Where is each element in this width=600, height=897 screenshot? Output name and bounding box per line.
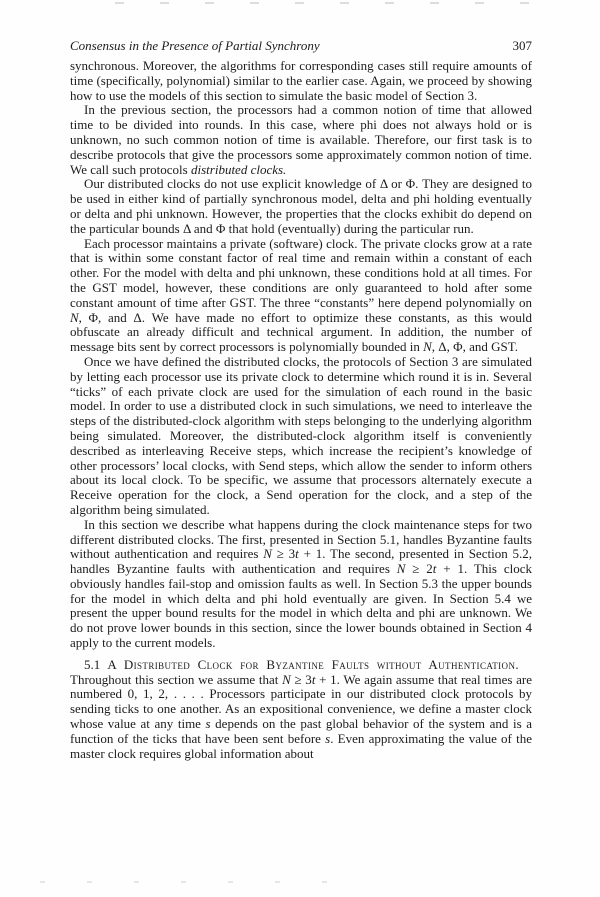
text-segment: Our distributed clocks do not use explic… bbox=[70, 176, 532, 235]
text-segment: In the previous section, the processors … bbox=[70, 102, 532, 176]
body-text: synchronous. Moreover, the algorithms fo… bbox=[70, 59, 532, 761]
text-segment: ≥ 2 bbox=[405, 561, 432, 576]
paragraph-5: Once we have defined the distributed clo… bbox=[70, 355, 532, 518]
scan-artifact-top bbox=[115, 2, 535, 4]
text-segment: synchronous. Moreover, the algorithms fo… bbox=[70, 58, 532, 103]
text-segment: 5.1 bbox=[84, 657, 107, 672]
section-5-1-paragraph: 5.1 A Distributed Clock for Byzantine Fa… bbox=[70, 658, 532, 762]
scanned-paper-page: Consensus in the Presence of Partial Syn… bbox=[0, 0, 600, 897]
page-header: Consensus in the Presence of Partial Syn… bbox=[70, 38, 532, 53]
text-segment: N bbox=[423, 339, 432, 354]
paragraph-1: synchronous. Moreover, the algorithms fo… bbox=[70, 59, 532, 103]
text-segment: Once we have defined the distributed clo… bbox=[70, 354, 532, 517]
text-segment: distributed clocks. bbox=[191, 162, 286, 177]
page-number: 307 bbox=[513, 38, 533, 53]
scan-artifact-bottom bbox=[40, 881, 350, 883]
running-title: Consensus in the Presence of Partial Syn… bbox=[70, 38, 320, 53]
text-segment: A Distributed Clock for Byzantine Faults… bbox=[107, 657, 519, 672]
paragraph-3: Our distributed clocks do not use explic… bbox=[70, 177, 532, 236]
text-segment: N bbox=[263, 546, 272, 561]
text-segment: , Δ, Φ, and GST. bbox=[432, 339, 518, 354]
text-segment: ≥ 3 bbox=[291, 672, 312, 687]
text-segment: N bbox=[70, 310, 79, 325]
paragraph-2: In the previous section, the processors … bbox=[70, 103, 532, 177]
text-segment: N bbox=[282, 672, 291, 687]
text-segment: ≥ 3 bbox=[272, 546, 295, 561]
paragraph-6: In this section we describe what happens… bbox=[70, 518, 532, 651]
paragraph-4: Each processor maintains a private (soft… bbox=[70, 237, 532, 355]
text-segment: Each processor maintains a private (soft… bbox=[70, 236, 532, 310]
